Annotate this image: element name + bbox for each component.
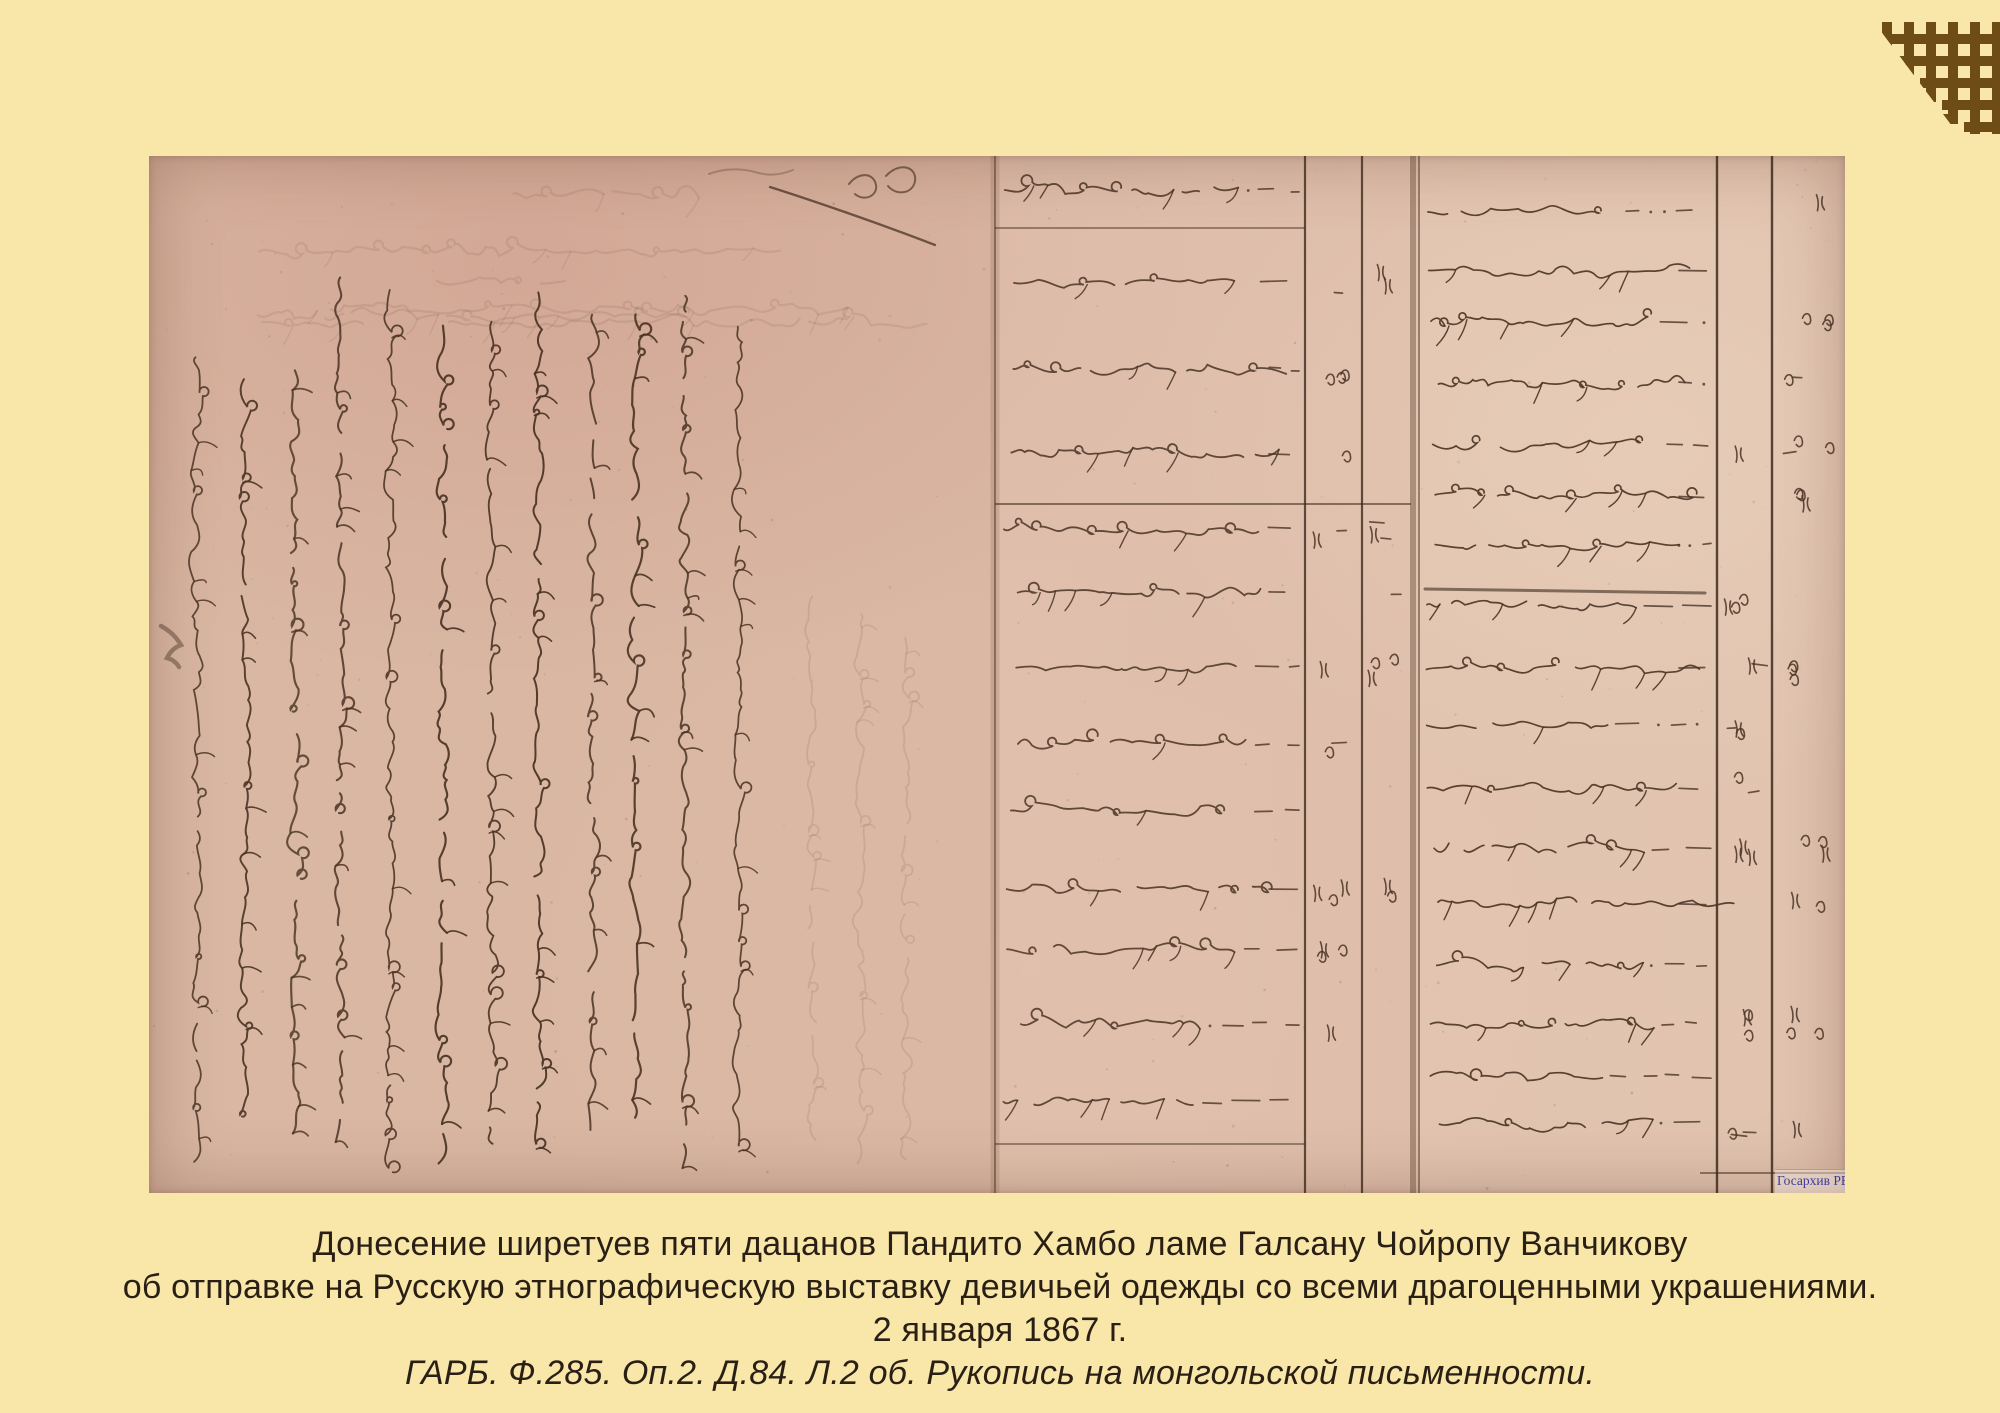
archive-stamp: Госархив РБ	[1775, 1169, 1845, 1193]
corner-ornament-icon	[1848, 22, 2000, 134]
caption-line-3: 2 января 1867 г.	[0, 1309, 2000, 1352]
caption-line-4: ГАРБ. Ф.285. Оп.2. Д.84. Л.2 об. Рукопис…	[0, 1352, 2000, 1395]
caption-line-2: об отправке на Русскую этнографическую в…	[0, 1266, 2000, 1309]
caption: Донесение ширетуев пяти дацанов Пандито …	[0, 1223, 2000, 1395]
manuscript-drawing	[149, 156, 1845, 1193]
manuscript-photo: Госархив РБ	[149, 156, 1845, 1193]
caption-line-1: Донесение ширетуев пяти дацанов Пандито …	[0, 1223, 2000, 1266]
